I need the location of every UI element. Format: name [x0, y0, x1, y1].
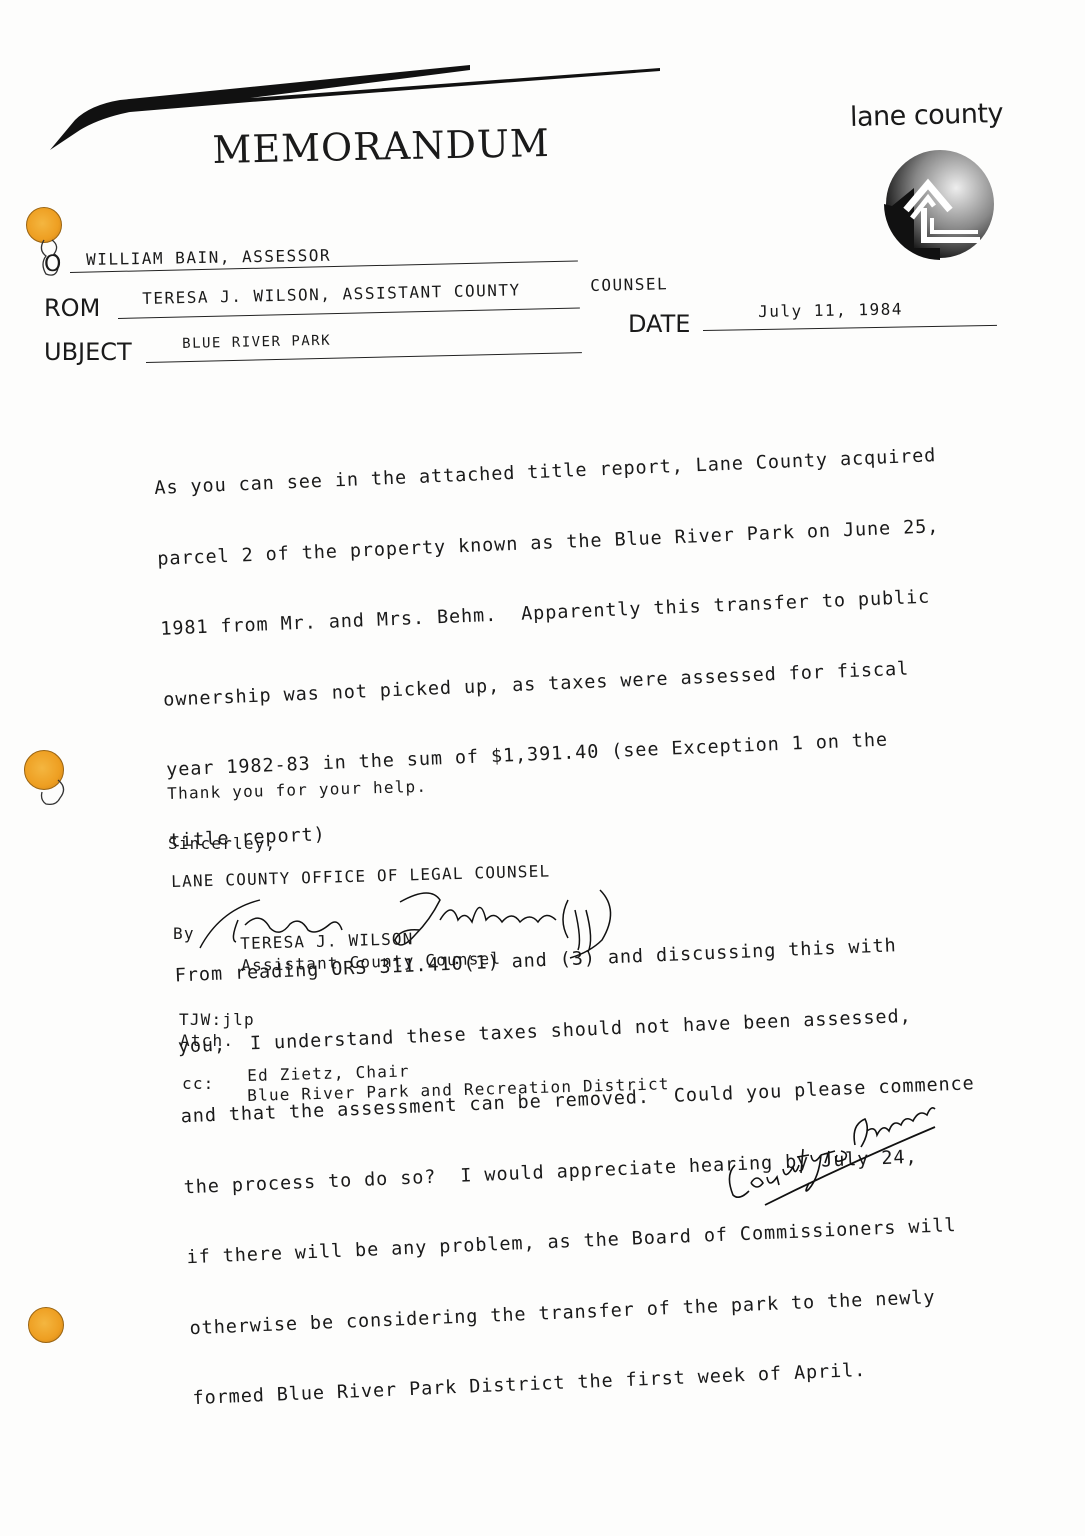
- paragraph-1-line: ownership was not picked up, as taxes we…: [163, 651, 1043, 711]
- paragraph-1-line: As you can see in the attached title rep…: [154, 440, 1034, 500]
- subject-underline: [146, 352, 582, 363]
- paragraph-1: As you can see in the attached title rep…: [152, 393, 1051, 899]
- typist-initials: TJW:jlp: [179, 1010, 255, 1029]
- lane-county-logo-text: lane county: [850, 98, 1004, 133]
- to-label: O: [44, 252, 61, 277]
- attachment-note: Atch.: [180, 1031, 234, 1050]
- date-value: July 11, 1984: [758, 299, 903, 321]
- paragraph-1-line: title report): [169, 792, 1049, 852]
- from-row: ROM: [44, 294, 100, 322]
- salutation: Sincerley,: [168, 834, 276, 853]
- to-value: WILLIAM BAIN, ASSESSOR: [86, 246, 331, 269]
- from-underline: [118, 308, 580, 319]
- date-underline: [703, 325, 997, 331]
- paragraph-2-line: formed Blue River Park District the firs…: [192, 1350, 1072, 1410]
- binder-hole-bottom: [28, 1307, 64, 1343]
- paragraph-1-line: parcel 2 of the property known as the Bl…: [157, 511, 1037, 571]
- paragraph-2-line: if there will be any problem, as the Boa…: [186, 1209, 1066, 1269]
- from-label: ROM: [44, 294, 100, 322]
- subject-value: BLUE RIVER PARK: [182, 333, 331, 352]
- paragraph-1-line: 1981 from Mr. and Mrs. Behm. Apparently …: [160, 581, 1040, 641]
- paragraph-1-line: year 1982-83 in the sum of $1,391.40 (se…: [166, 722, 1046, 782]
- from-value: TERESA J. WILSON, ASSISTANT COUNTY: [142, 280, 521, 308]
- memo-title: MEMORANDUM: [212, 121, 550, 172]
- memo-page: MEMORANDUM lane county O WILLIAM BAIN, A…: [0, 0, 1085, 1536]
- to-row: O: [44, 252, 61, 277]
- from-value-overflow: COUNSEL: [590, 274, 668, 295]
- subject-row: UBJECT: [44, 338, 132, 366]
- lane-county-emblem-icon: [884, 148, 996, 260]
- cc-label: cc:: [182, 1074, 215, 1093]
- subject-label: UBJECT: [44, 338, 132, 366]
- paragraph-2-line: otherwise be considering the transfer of…: [189, 1280, 1069, 1340]
- paragraph-2-line: you, I understand these taxes should not…: [177, 998, 1057, 1058]
- date-row: DATE: [628, 310, 690, 338]
- date-label: DATE: [628, 310, 690, 338]
- handwritten-notation-county-to-assessor: County to Assessor: [705, 1065, 945, 1215]
- binder-hole-outline-middle: [38, 778, 68, 808]
